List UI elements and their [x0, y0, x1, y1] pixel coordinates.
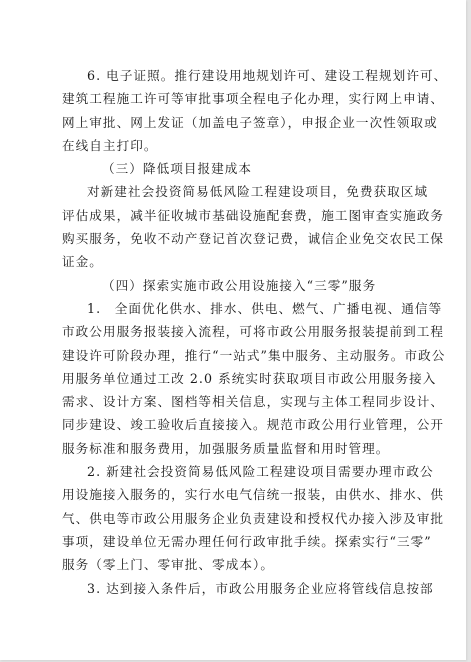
text-line: 服务标准和服务费用，加强服务质量监督和用时管理。 — [62, 437, 410, 460]
text-line: 建设许可阶段办理，推行“一站式”集中服务、主动服务。市政公 — [62, 344, 410, 367]
text-line: 2. 新建社会投资简易低风险工程建设项目需要办理市政公 — [62, 460, 410, 483]
section-heading-4: （四）探索实施市政公用设施接入“三零”服务 — [62, 274, 410, 297]
text-line: 气、供电等市政公用服务企业负责建设和授权代办接入涉及审批 — [62, 507, 410, 530]
heading-text: （三）降低项目报建成本 — [62, 157, 410, 180]
text-line: 用服务单位通过工改 2.0 系统实时获取项目市政公用服务接入 — [62, 367, 410, 390]
paragraph-item-1: 1. 全面优化供水、排水、供电、燃气、广播电视、通信等 市政公用服务报装接入流程… — [62, 297, 410, 460]
text-line: 用设施接入服务的，实行水电气信统一报装，由供水、排水、供 — [62, 483, 410, 506]
paragraph-reduce-costs: 对新建社会投资简易低风险工程建设项目，免费获取区域 评估成果，减半征收城市基础设… — [62, 180, 410, 273]
text-line: 市政公用服务报装接入流程，可将市政公用服务报装提前到工程 — [62, 320, 410, 343]
text-line: 事项，建设单位无需办理任何行政审批手续。探索实行“三零” — [62, 530, 410, 553]
text-line: 建筑工程施工许可等审批事项全程电子化办理，实行网上申请、 — [62, 87, 410, 110]
text-line: 对新建社会投资简易低风险工程建设项目，免费获取区域 — [62, 180, 410, 203]
text-line: 6. 电子证照。推行建设用地规划许可、建设工程规划许可、 — [62, 64, 410, 87]
text-line: 服务（零上门、零审批、零成本）。 — [62, 553, 410, 576]
document-page: 6. 电子证照。推行建设用地规划许可、建设工程规划许可、 建筑工程施工许可等审批… — [0, 0, 466, 660]
text-line: 在线自主打印。 — [62, 134, 410, 157]
section-heading-3: （三）降低项目报建成本 — [62, 157, 410, 180]
text-line: 购买服务，免收不动产登记首次登记费，诚信企业免交农民工保 — [62, 227, 410, 250]
text-line: 证金。 — [62, 250, 410, 273]
text-line: 1. 全面优化供水、排水、供电、燃气、广播电视、通信等 — [62, 297, 410, 320]
paragraph-electronic-license: 6. 电子证照。推行建设用地规划许可、建设工程规划许可、 建筑工程施工许可等审批… — [62, 64, 410, 157]
text-line: 需求、设计方案、图档等相关信息，实现与主体工程同步设计、 — [62, 390, 410, 413]
text-line: 网上审批、网上发证（加盖电子签章），申报企业一次性领取或 — [62, 111, 410, 134]
text-line: 3. 达到接入条件后，市政公用服务企业应将管线信息按部 — [62, 577, 410, 600]
text-line: 同步建设、竣工验收后直接接入。规范市政公用行业管理，公开 — [62, 413, 410, 436]
text-line: 评估成果，减半征收城市基础设施配套费，施工图审查实施政务 — [62, 204, 410, 227]
heading-text: （四）探索实施市政公用设施接入“三零”服务 — [62, 274, 410, 297]
paragraph-item-2: 2. 新建社会投资简易低风险工程建设项目需要办理市政公 用设施接入服务的，实行水… — [62, 460, 410, 576]
paragraph-item-3: 3. 达到接入条件后，市政公用服务企业应将管线信息按部 — [62, 577, 410, 600]
document-body: 6. 电子证照。推行建设用地规划许可、建设工程规划许可、 建筑工程施工许可等审批… — [62, 64, 410, 600]
